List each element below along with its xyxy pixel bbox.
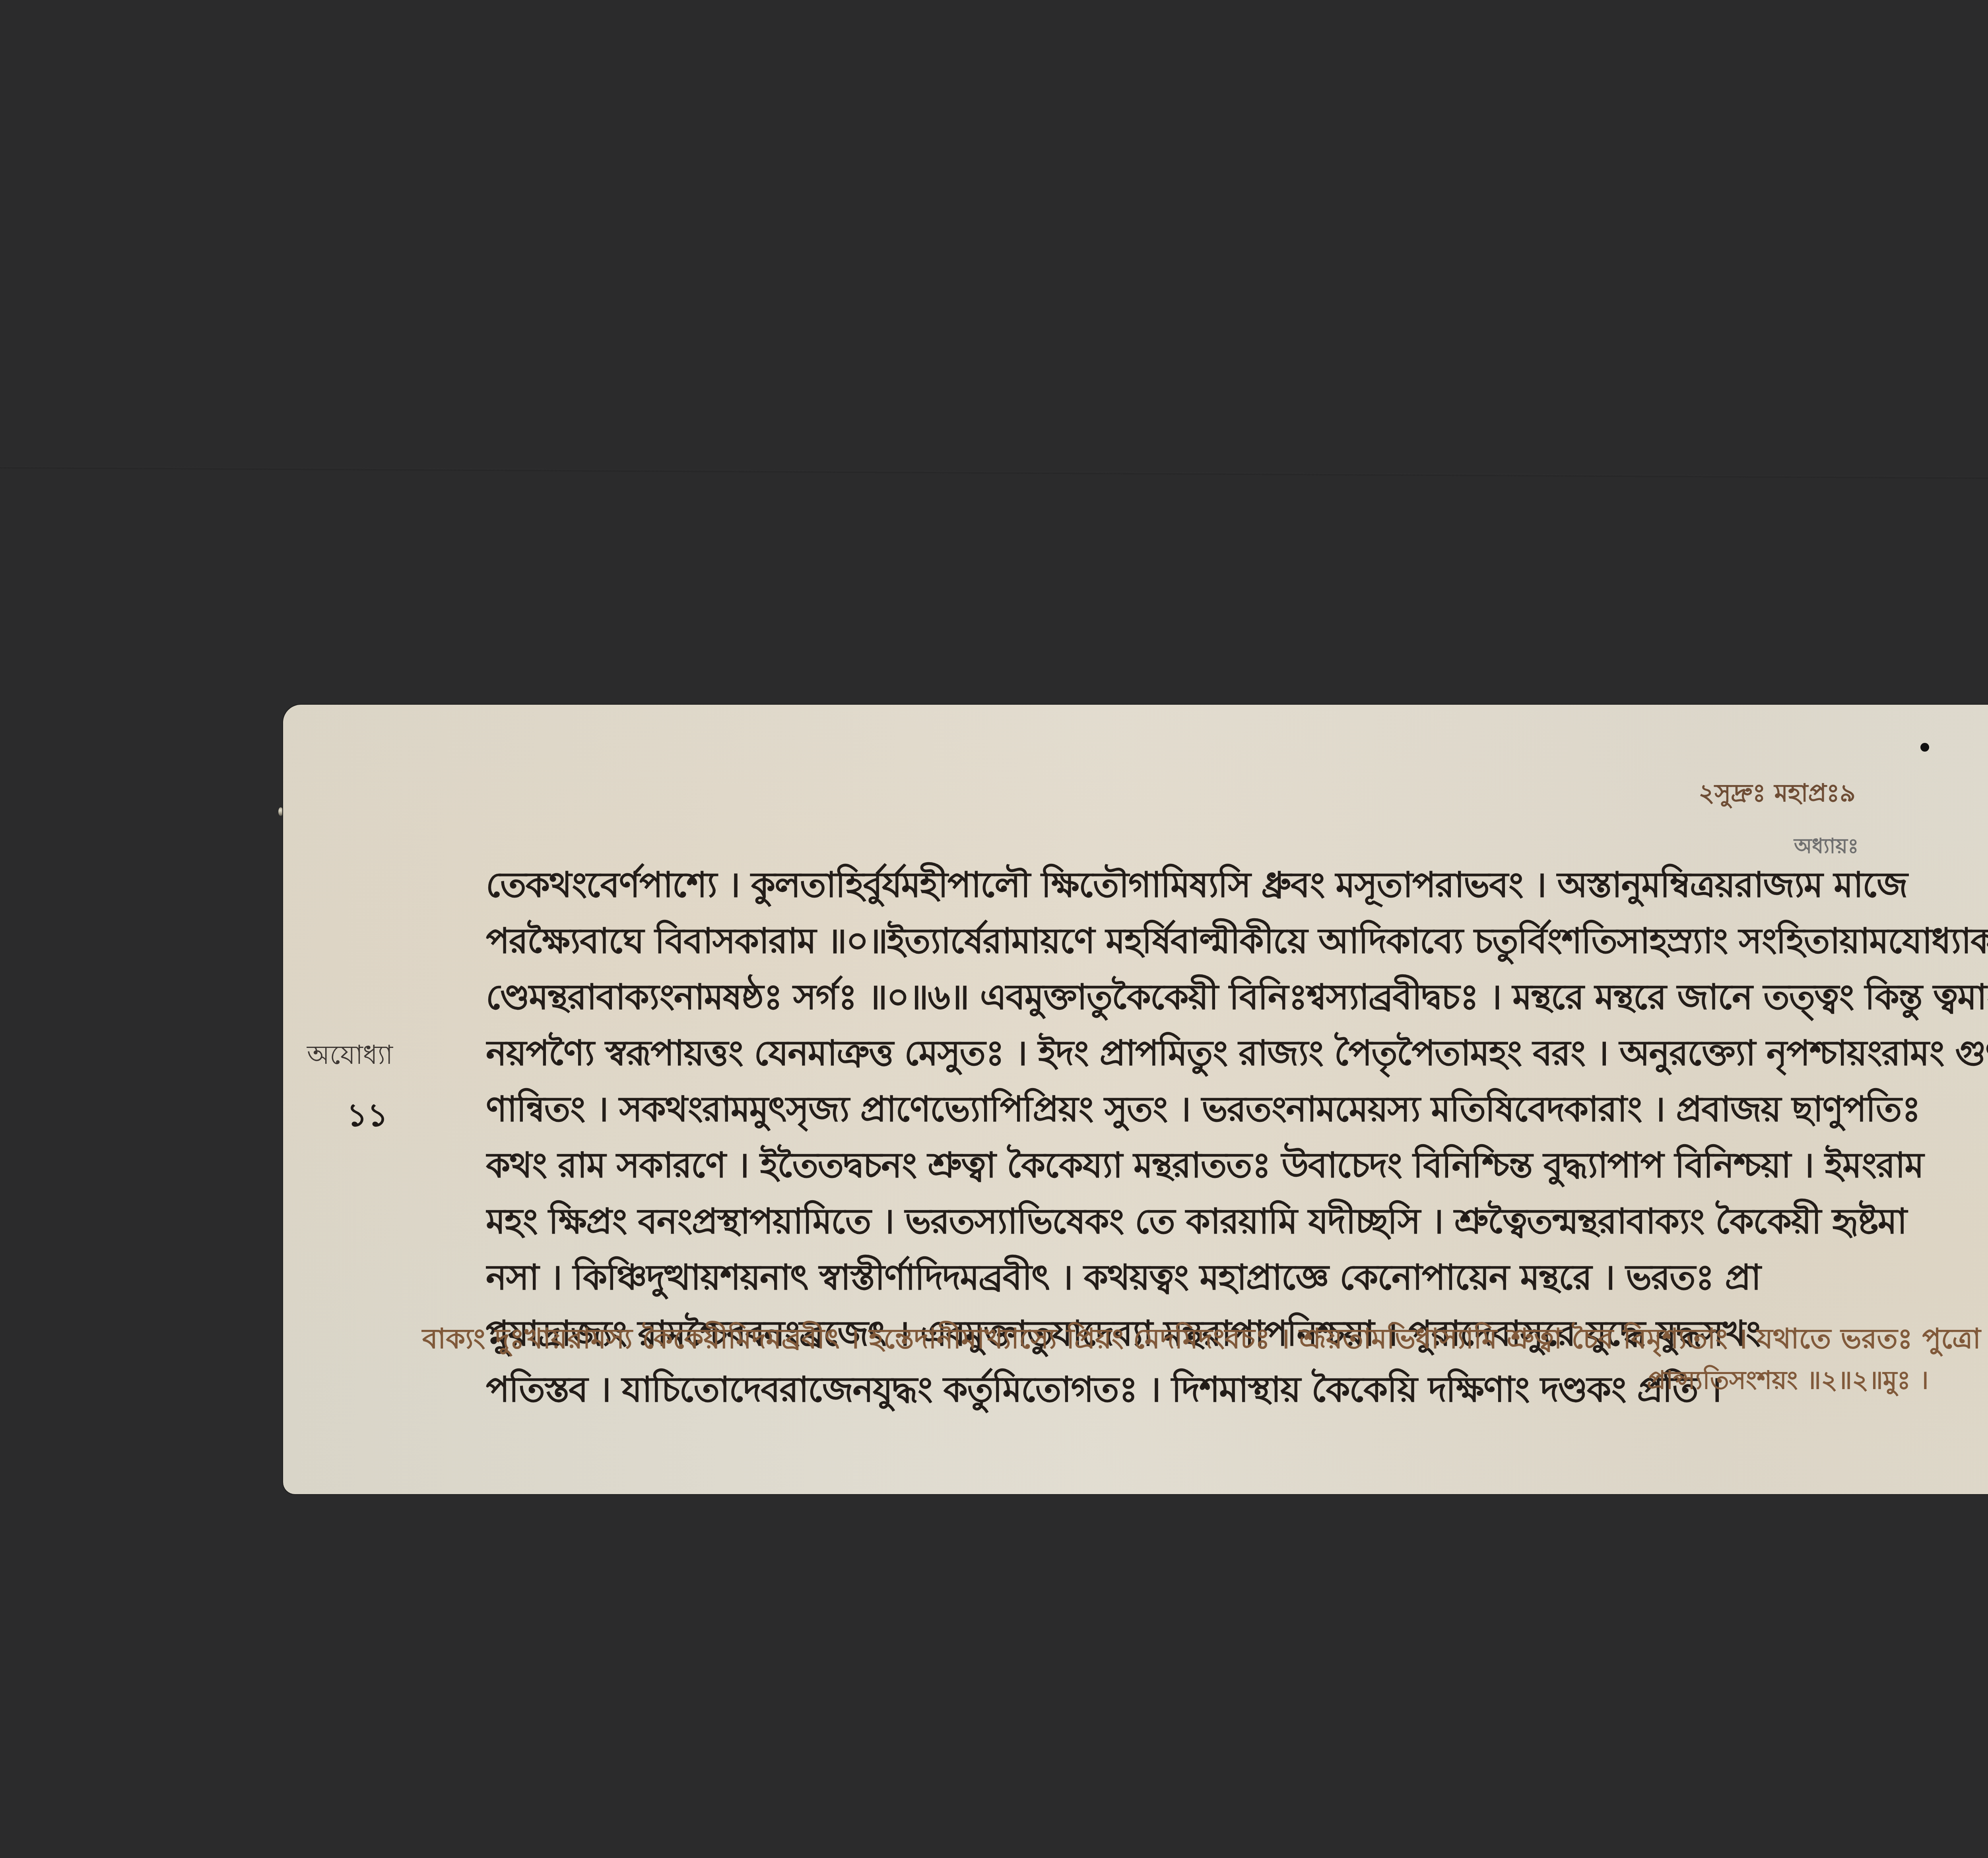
pin-head: [278, 807, 283, 816]
text-line: তেকথংবের্ণপাশ্যে । কুলতাহির্বুর্যমহীপালৌ…: [486, 857, 1988, 913]
ink-spot: [1920, 743, 1929, 752]
text-line: মহং ক্ষিপ্রং বনংপ্রস্থাপয়ামিতে । ভরতস্য…: [486, 1193, 1988, 1249]
manuscript-leaf: ২সুদ্রুঃ মহাপ্রঃ৯ অধ্যায়ঃ অযোধ্যা ১১ ১৪…: [283, 705, 1988, 1494]
text-line: পরক্ষ্যৈবাঘে বিবাসকারাম ॥০॥ইত্যার্ষেরামা…: [486, 913, 1988, 969]
footer-annotation-line-2: প্রাপ্স্যতিসংশয়ং ॥২॥২॥মুঃ ।: [1647, 1361, 1929, 1403]
mounting-board-seam: [0, 466, 1988, 483]
footer-annotation-line-1: বাক্যং দুঃখায়রামস্য কৈকেয়ীমিদমব্রবীৎ ।…: [422, 1317, 1988, 1364]
margin-folio-number: ১১: [347, 1090, 388, 1144]
margin-kanda-title: অযোধ্যা: [307, 1035, 393, 1079]
header-title: ২সুদ্রুঃ মহাপ্রঃ৯: [1699, 774, 1856, 815]
text-line: কথং রাম সকারণে । ইতৈতদ্বচনং শ্রুত্বা কৈক…: [486, 1137, 1988, 1193]
text-line: ণান্বিতং । সকথংরামমুৎসৃজ্য প্রাণেভ্যোপিপ…: [486, 1081, 1988, 1137]
text-line: ণ্ডেমন্থরাবাক্যংনামষষ্ঠঃ সর্গঃ ॥০॥৬॥ এবম…: [486, 969, 1988, 1025]
text-line: নয়পণ্যৈ স্বরূপায়ত্তং যেনমাত্রুত্ত মেসু…: [486, 1025, 1988, 1081]
text-line: নসা । কিঞ্চিদুত্থায়শয়নাৎ স্বাস্তীর্ণাদ…: [486, 1249, 1988, 1305]
